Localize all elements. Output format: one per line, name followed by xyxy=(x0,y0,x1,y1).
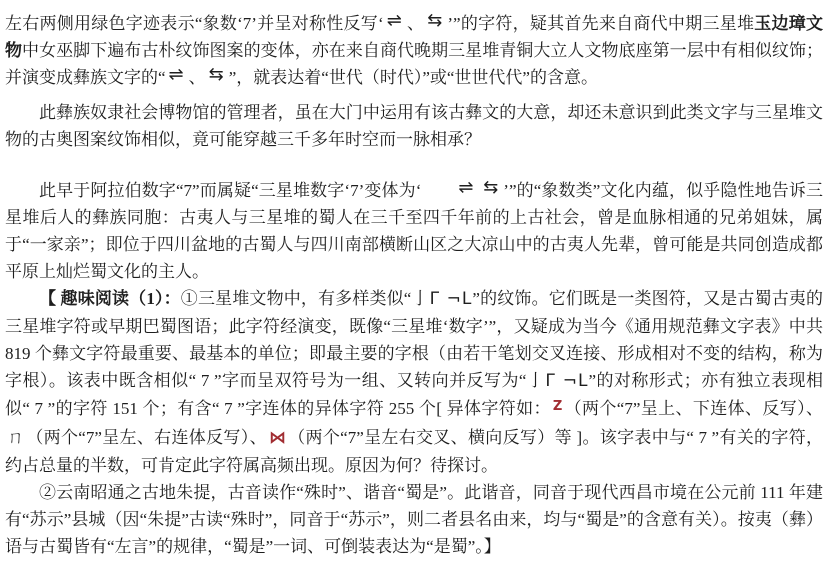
mirrored-seven-glyph-a: ⇌ xyxy=(384,7,407,34)
text-run: 、 xyxy=(407,14,425,33)
text-run: ①三星堆文物中，有多样类似“ xyxy=(181,289,412,308)
paragraph-number-seven-culture: 此早于阿拉伯数字“7”而属疑“三星堆数字‘7’变体为‘⇌ ⇆’”的“象数类”文化… xyxy=(5,177,823,285)
paragraph-sanxingdui-symbols: 左右两侧用绿色字迹表示“象数‘7’并呈对称性反写‘⇌、⇆’”的字符，疑其首先来自… xyxy=(5,10,823,91)
variant-z-glyph: Z xyxy=(551,399,564,414)
paragraph-museum-managers: 此彝族奴隶社会博物馆的管理者，虽在大门中运用有该古彝文的大意，却还未意识到此类文… xyxy=(5,99,823,153)
text-run: （两个“7”呈上、下连体、反写）、 xyxy=(564,399,823,418)
paragraph-fun-reading-2: ②云南昭通之古地朱提，古音读作“殊时”、谐音“蜀是”。此谐音，同音于现代西昌市境… xyxy=(5,479,823,560)
mirrored-seven-glyph-b: ⇆ xyxy=(424,7,447,34)
text-run: 此早于阿拉伯数字“7”而属疑“三星堆数字‘7’变体为‘ xyxy=(39,181,421,200)
paragraph-fun-reading-1: 【 趣味阅读（1）：①三星堆文物中，有多样类似“亅Γ ¬L”的纹饰。它们既是一类… xyxy=(5,285,823,479)
mirrored-seven-glyph-pair: ⇌ ⇆ xyxy=(421,174,503,201)
text-run: ’”的字符，疑其首先来自商代中期三星堆 xyxy=(447,14,754,33)
text-run: ”，就表达着“世代（时代）”或“世世代代”的含意。 xyxy=(229,68,598,87)
mirrored-seven-glyph-a: ⇌ xyxy=(166,61,189,88)
text-run: ②云南昭通之古地朱提，古音读作“殊时”、谐音“蜀是”。此谐音，同音于现代西昌市境… xyxy=(5,483,823,556)
text-run: 左右两侧用绿色字迹表示“象数‘7’并呈对称性反写‘ xyxy=(5,14,384,33)
document-page: 左右两侧用绿色字迹表示“象数‘7’并呈对称性反写‘⇌、⇆’”的字符，疑其首先来自… xyxy=(0,0,828,566)
section-heading-bold: 【 趣味阅读（1）： xyxy=(39,289,181,308)
corner-strokes-glyph: 亅Γ ¬L xyxy=(526,371,588,391)
text-run: 、 xyxy=(189,68,206,87)
mirrored-seven-glyph-b: ⇆ xyxy=(206,61,229,88)
corner-strokes-glyph: 亅Γ ¬L xyxy=(411,289,472,309)
text-run: （两个“7”呈左、右连体反写）、 xyxy=(26,428,267,447)
text-run: 此彝族奴隶社会博物馆的管理者，虽在大门中运用有该古彝文的大意，却还未意识到此类文… xyxy=(5,103,823,149)
variant-joined-sevens-glyph: ㄇ xyxy=(5,428,26,448)
variant-bowtie-glyph: ⋈ xyxy=(267,428,288,448)
